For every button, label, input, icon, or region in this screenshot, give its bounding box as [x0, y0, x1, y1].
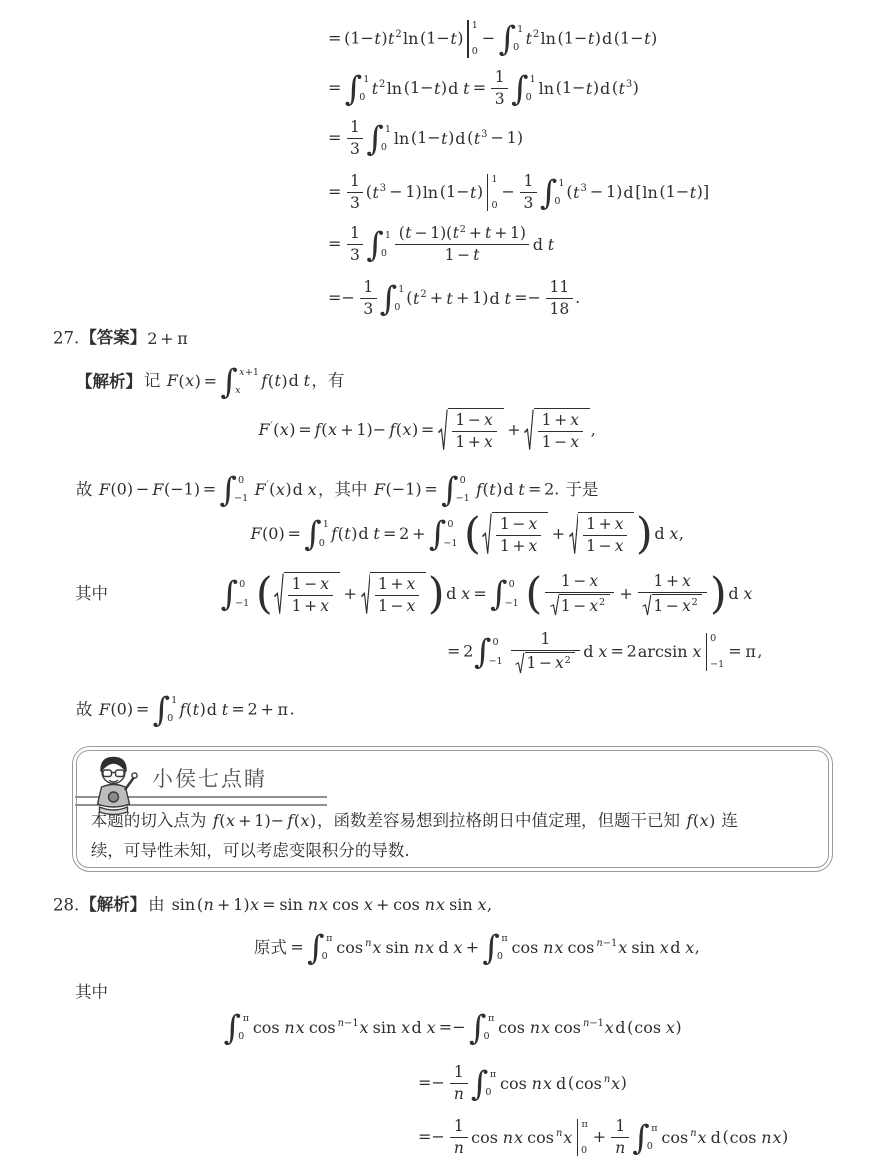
- problem-28-analysis-row: 28.【解析】由 sin(n+1)x=sinnxcosx+cosnxsinx,: [53, 897, 492, 914]
- equation-line-26-5: =13∫10(t−1)(t2+t+1)1−tdt: [328, 224, 555, 265]
- analysis-intro: 记 F(x)=∫x+1xf(t)dt，有: [143, 366, 345, 398]
- answer-value: 2+π: [147, 331, 189, 347]
- equation-line-26-3: =13∫10ln(1−t)d(t3−1): [328, 118, 523, 159]
- analysis-intro-28: 由 sin(n+1)x=sinnxcosx+cosnxsinx,: [147, 897, 492, 914]
- equation-28-3: =−1ncosnxcosnxπ0+1n∫π0cosnxd(cosnx): [418, 1117, 788, 1158]
- tip-body-line-2: 续，可导性未知，可以考虑变限积分的导数.: [90, 836, 819, 866]
- equation-line-26-1: =(1−t)t2ln(1−t)10−∫10t2ln(1−t)d(1−t): [328, 20, 657, 58]
- textbook-solution-page: =(1−t)t2ln(1−t)10−∫10t2ln(1−t)d(1−t) =∫1…: [0, 0, 883, 1170]
- equation-line-26-2: =∫10t2ln(1−t)dt=13∫10ln(1−t)d(t3): [328, 68, 639, 109]
- equation-qizhong-row: 其中∫0−1(1−x1+x+1+x1−x)dx=∫0−1(1−x1−x2+1+x…: [75, 572, 753, 617]
- equation-line-26-6: =−13∫10(t2+t+1)dt=−1118.: [328, 278, 580, 319]
- equation-fprime: F′(x)=f(x+1)−f(x)=1−x1+x+1+x1−x,: [258, 408, 596, 453]
- problem-27-answer-row: 27.【答案】2+π: [53, 330, 189, 347]
- equation-arcsin: =2∫0−111−x2dx=2arcsinx0−1=π,: [447, 630, 763, 674]
- equation-step1: 故 F(0)−F(−1)=∫0−1F′(x)dx，其中 F(−1)=∫0−1f(…: [75, 474, 599, 506]
- problem-27-analysis-row: 【解析】记 F(x)=∫x+1xf(t)dt，有: [75, 366, 345, 398]
- equation-line-26-4: =13(t3−1)ln(1−t)10−13∫10(t3−1)d[ln(1−t)]: [328, 172, 709, 213]
- equation-conclusion-27: 故 F(0)=∫10f(t)dt=2+π.: [75, 694, 295, 726]
- qizhong-math: ∫0−1(1−x1+x+1+x1−x)dx=∫0−1(1−x1−x2+1+x1−…: [220, 572, 753, 617]
- tip-body: 本题的切入点为 f(x+1)−f(x)，函数差容易想到拉格朗日中值定理，但题干已…: [90, 806, 819, 866]
- analysis-label: 【解析】: [75, 372, 143, 391]
- equation-28-2: =−1n∫π0cosnxd(cosnx): [418, 1063, 627, 1104]
- tip-body-line-1: 本题的切入点为 f(x+1)−f(x)，函数差容易想到拉格朗日中值定理，但题干已…: [90, 806, 819, 836]
- analysis-label-28: 【解析】: [79, 895, 147, 914]
- qizhong-label-28: 其中: [75, 984, 108, 1001]
- tip-box: 小侯七点睛 本题的切入点为 f(x+1)−f(x)，函数差容易想到拉格朗日中值定…: [72, 746, 833, 872]
- answer-label: 【答案】: [79, 328, 147, 347]
- equation-f0: F(0)=∫10f(t)dt=2+∫0−1(1−x1+x+1+x1−x)dx,: [250, 512, 684, 557]
- qizhong-label: 其中: [75, 584, 108, 603]
- problem-28-number: 28.: [53, 895, 79, 914]
- problem-27-number: 27.: [53, 328, 79, 347]
- equation-yuanshi: 原式=∫π0cosnxsinnxdx+∫π0cosnxcosn−1xsinxdx…: [253, 932, 700, 964]
- qizhong-text: 其中: [75, 982, 108, 1001]
- tip-title: 小侯七点睛: [152, 763, 267, 793]
- mascot-avatar-icon: [87, 751, 140, 815]
- equation-28-1: ∫π0cosnxcosn−1xsinxdx=−∫π0cosnxcosn−1xd(…: [223, 1012, 682, 1044]
